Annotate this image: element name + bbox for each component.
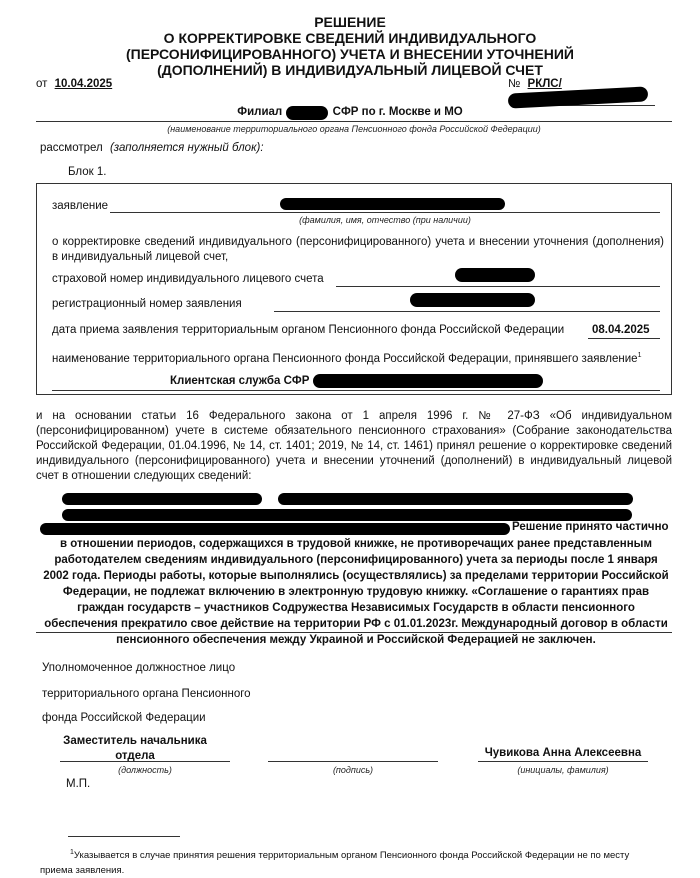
snils-field: [336, 286, 660, 287]
decision-visible-tail: Решение принято частично: [512, 521, 669, 533]
signer-name: Чувикова Анна Алексеевна: [478, 747, 648, 759]
decision-underline: [36, 632, 672, 633]
reg-number-field: [274, 311, 660, 312]
redaction: [286, 106, 328, 120]
branch-caption: (наименование территориального органа Пе…: [36, 124, 672, 134]
signer-underline: [478, 761, 648, 762]
signature-caption: (подпись): [268, 765, 438, 775]
reg-number-label: регистрационный номер заявления: [52, 298, 242, 310]
date-value: 10.04.2025: [55, 78, 113, 90]
footnote-text: Указывается в случае принятия решения те…: [40, 850, 629, 876]
redaction: [40, 523, 510, 535]
receipt-date-value: 08.04.2025: [592, 324, 650, 336]
branch-suffix: СФР по г. Москве и МО: [333, 106, 463, 118]
office-underline: [52, 390, 660, 391]
applicant-name-field: [110, 212, 660, 213]
considered-line: рассмотрел (заполняется нужный блок):: [40, 142, 264, 154]
branch-prefix: Филиал: [237, 106, 282, 118]
considered-hint: (заполняется нужный блок):: [110, 142, 264, 154]
about-text: о корректировке сведений индивидуального…: [52, 235, 664, 265]
considered-label: рассмотрел: [40, 142, 103, 154]
footnote: 1Указывается в случае принятия решения т…: [40, 845, 660, 878]
title-line: РЕШЕНИЕ: [0, 14, 700, 30]
footnote-mark: 1: [638, 352, 642, 359]
title-line: О КОРРЕКТИРОВКЕ СВЕДЕНИЙ ИНДИВИДУАЛЬНОГО: [0, 30, 700, 46]
document-title: РЕШЕНИЕ О КОРРЕКТИРОВКЕ СВЕДЕНИЙ ИНДИВИД…: [0, 14, 700, 78]
redaction: [62, 509, 632, 521]
stamp-label: М.П.: [66, 778, 90, 790]
decision-number: № РКЛС/: [508, 78, 562, 90]
branch-underline: [36, 121, 672, 122]
official-line: фонда Российской Федерации: [42, 712, 206, 724]
redaction: [455, 268, 535, 282]
decision-date: от 10.04.2025: [36, 78, 112, 90]
position-value: Заместитель начальника отдела: [60, 734, 210, 764]
redaction: [410, 293, 535, 307]
position-underline: [60, 761, 230, 762]
official-line: Уполномоченное должностное лицо: [42, 662, 235, 674]
application-label: заявление: [52, 200, 108, 212]
name-caption: (фамилия, имя, отчество (при наличии): [110, 215, 660, 225]
number-prefix: №: [508, 78, 520, 90]
office-value: Клиентская служба СФР: [170, 375, 309, 387]
office-label-text: наименование территориального органа Пен…: [52, 353, 638, 365]
block-label: Блок 1.: [68, 166, 106, 178]
snils-label: страховой номер индивидуального лицевого…: [52, 273, 324, 285]
redaction: [313, 374, 543, 388]
footnote-separator: [68, 836, 180, 837]
title-line: (ПЕРСОНИФИЦИРОВАННОГО) УЧЕТА И ВНЕСЕНИИ …: [0, 46, 700, 62]
basis-paragraph: и на основании статьи 16 Федерального за…: [36, 409, 672, 484]
date-prefix: от: [36, 78, 47, 90]
redaction: [280, 198, 505, 210]
official-line: территориального органа Пенсионного: [42, 688, 251, 700]
number-value: РКЛС/: [528, 78, 562, 90]
receipt-date-label: дата приема заявления территориальным ор…: [52, 324, 564, 336]
redaction: [62, 493, 262, 505]
title-line: (ДОПОЛНЕНИЙ) В ИНДИВИДУАЛЬНЫЙ ЛИЦЕВОЙ СЧ…: [0, 62, 700, 78]
branch-name: Филиал СФР по г. Москве и МО: [0, 106, 700, 118]
receipt-date-underline: [588, 338, 660, 339]
redaction: [278, 493, 633, 505]
signer-caption: (инициалы, фамилия): [478, 765, 648, 775]
position-caption: (должность): [60, 765, 230, 775]
office-label: наименование территориального органа Пен…: [52, 352, 642, 365]
signature-field: [268, 761, 438, 762]
